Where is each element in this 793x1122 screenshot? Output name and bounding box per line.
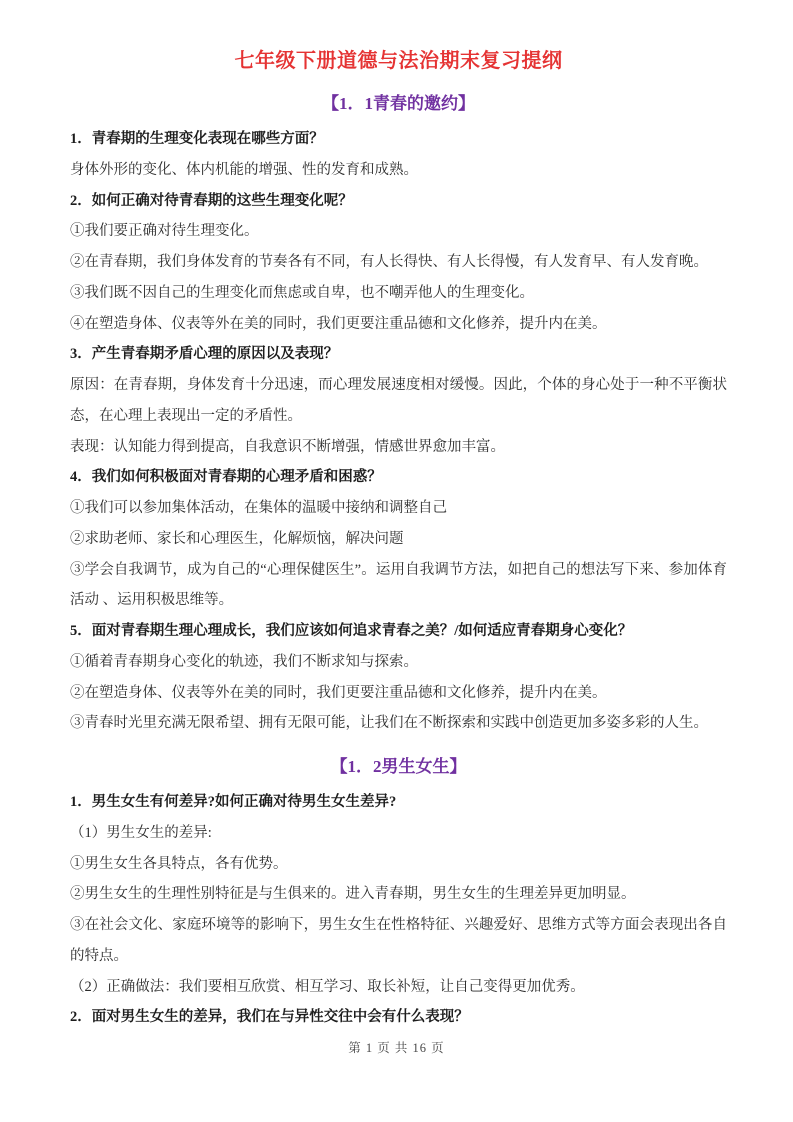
answer-line: ①循着青春期身心变化的轨迹，我们不断求知与探索。 xyxy=(70,647,727,678)
answer-line: 身体外形的变化、体内机能的增强、性的发育和成熟。 xyxy=(70,155,727,186)
answer-line: ③学会自我调节，成为自己的“心理保健医生”。运用自我调节方法，如把自己的想法写下… xyxy=(70,555,727,617)
section-heading: 【1．2男生女生】 xyxy=(70,751,727,782)
section-heading: 【1．1青春的邀约】 xyxy=(70,88,727,119)
answer-line: （2）正确做法：我们要相互欣赏、相互学习、取长补短，让自己变得更加优秀。 xyxy=(70,972,727,1003)
question-line: 1．青春期的生理变化表现在哪些方面？ xyxy=(70,124,727,155)
answer-line: ②在青春期，我们身体发育的节奏各有不同，有人长得快、有人长得慢，有人发育早、有人… xyxy=(70,247,727,278)
document-page: 七年级下册道德与法治期末复习提纲 【1．1青春的邀约】1．青春期的生理变化表现在… xyxy=(0,0,793,1122)
answer-line: ③在社会文化、家庭环境等的影响下，男生女生在性格特征、兴趣爱好、思维方式等方面会… xyxy=(70,910,727,972)
document-body: 【1．1青春的邀约】1．青春期的生理变化表现在哪些方面？身体外形的变化、体内机能… xyxy=(70,88,727,1033)
answer-line: ①我们可以参加集体活动，在集体的温暖中接纳和调整自己 xyxy=(70,493,727,524)
question-line: 3．产生青春期矛盾心理的原因以及表现？ xyxy=(70,339,727,370)
question-line: 2．面对男生女生的差异，我们在与异性交往中会有什么表现？ xyxy=(70,1002,727,1033)
answer-line: ②男生女生的生理性别特征是与生俱来的。进入青春期，男生女生的生理差异更加明显。 xyxy=(70,879,727,910)
page-number-footer: 第 1 页 共 16 页 xyxy=(0,1038,793,1056)
question-line: 1．男生女生有何差异?如何正确对待男生女生差异? xyxy=(70,787,727,818)
question-line: 2．如何正确对待青春期的这些生理变化呢？ xyxy=(70,186,727,217)
answer-line: ①男生女生各具特点，各有优势。 xyxy=(70,849,727,880)
answer-line: ④在塑造身体、仪表等外在美的同时，我们更要注重品德和文化修养，提升内在美。 xyxy=(70,309,727,340)
answer-line: （1）男生女生的差异: xyxy=(70,818,727,849)
answer-line: ①我们要正确对待生理变化。 xyxy=(70,216,727,247)
question-line: 5．面对青春期生理心理成长，我们应该如何追求青春之美？/如何适应青春期身心变化？ xyxy=(70,616,727,647)
question-line: 4．我们如何积极面对青春期的心理矛盾和困惑？ xyxy=(70,462,727,493)
answer-line: 原因：在青春期，身体发育十分迅速，而心理发展速度相对缓慢。因此，个体的身心处于一… xyxy=(70,370,727,432)
answer-line: 表现：认知能力得到提高，自我意识不断增强，情感世界愈加丰富。 xyxy=(70,432,727,463)
answer-line: ③我们既不因自己的生理变化而焦虑或自卑，也不嘲弄他人的生理变化。 xyxy=(70,278,727,309)
document-title: 七年级下册道德与法治期末复习提纲 xyxy=(70,46,727,76)
answer-line: ②求助老师、家长和心理医生，化解烦恼，解决问题 xyxy=(70,524,727,555)
answer-line: ③青春时光里充满无限希望、拥有无限可能，让我们在不断探索和实践中创造更加多姿多彩… xyxy=(70,708,727,739)
answer-line: ②在塑造身体、仪表等外在美的同时，我们更要注重品德和文化修养，提升内在美。 xyxy=(70,678,727,709)
